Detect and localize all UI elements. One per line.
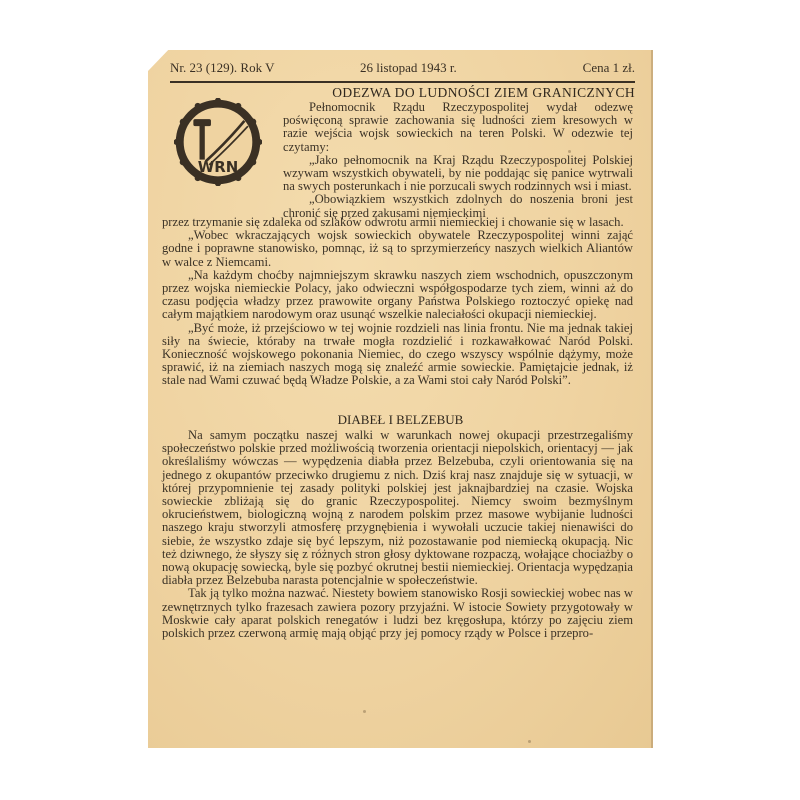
svg-text:WRN: WRN <box>198 158 239 176</box>
paragraph: „Na każdym choćby najmniejszym skrawku n… <box>162 269 633 322</box>
article-title-diabel: DIABEŁ I BELZEBUB <box>148 412 653 428</box>
wrn-logo-icon: WRN <box>174 98 262 186</box>
paper-speck <box>568 150 571 153</box>
paper-speck <box>363 710 366 713</box>
article1-narrow-column: Pełnomocnik Rządu Rzeczypospolitej wydał… <box>283 101 633 220</box>
masthead-rule <box>170 81 635 83</box>
issue-date: 26 listopad 1943 r. <box>360 60 457 76</box>
masthead: Nr. 23 (129). Rok V 26 listopad 1943 r. … <box>170 60 635 80</box>
issue-price: Cena 1 zł. <box>583 60 635 76</box>
paragraph: „Być może, iż przejściowo w tej wojnie r… <box>162 322 633 388</box>
article2-column: Na samym początku naszej walki w warunka… <box>162 429 633 640</box>
paragraph: Na samym początku naszej walki w warunka… <box>162 429 633 587</box>
paragraph: Pełnomocnik Rządu Rzeczypospolitej wydał… <box>283 101 633 154</box>
paragraph: „Jako pełnomocnik na Kraj Rządu Rzeczypo… <box>283 154 633 194</box>
article1-full-column: przez trzymanie się zdaleka od szlaków o… <box>162 216 633 388</box>
paragraph: „Wobec wkraczających wojsk sowieckich ob… <box>162 229 633 269</box>
issue-number: Nr. 23 (129). Rok V <box>170 60 274 76</box>
paper-speck <box>528 740 531 743</box>
newspaper-page: Nr. 23 (129). Rok V 26 listopad 1943 r. … <box>148 50 653 748</box>
paragraph: Tak ją tylko można nazwać. Niestety bowi… <box>162 587 633 640</box>
article-title-odezwa: ODEZWA DO LUDNOŚCI ZIEM GRANICZNYCH <box>286 85 635 101</box>
paper-speck <box>618 570 621 573</box>
